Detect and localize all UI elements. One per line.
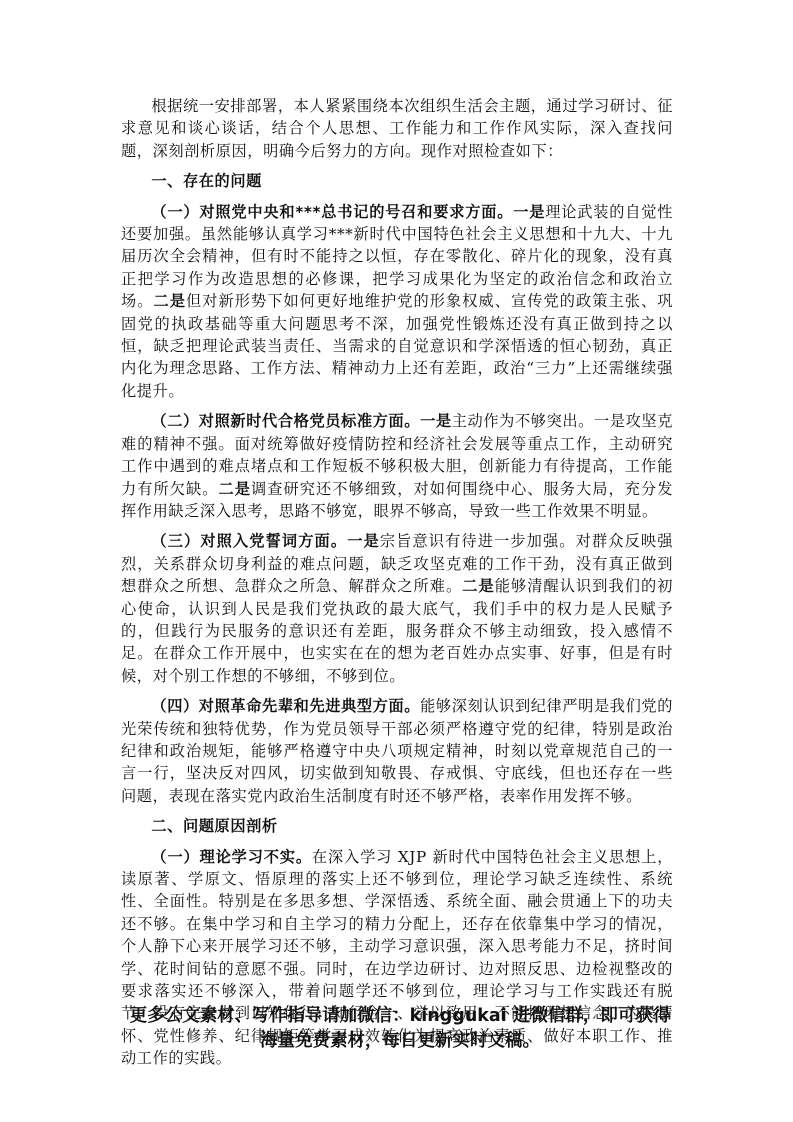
item-title: （一）理论学习不实。 <box>151 848 312 866</box>
section-heading-causes: 二、问题原因剖析 <box>121 815 673 837</box>
problem-item-1: （一）对照党中央和***总书记的号召和要求方面。一是理论武装的自觉性还要加强。虽… <box>121 201 673 403</box>
intro-text: 根据统一安排部署，本人紧紧围绕本次组织生活会主题，通过学习研讨、征求意见和谈心谈… <box>121 97 673 160</box>
problem-item-4: （四）对照革命先辈和先进典型方面。能够深刻认识到纪律严明是我们党的光荣传统和独特… <box>121 695 673 807</box>
item-title: （二）对照新时代合格党员标准方面。 <box>151 412 420 430</box>
item-title: （一）对照党中央和***总书记的号召和要求方面。 <box>151 203 513 221</box>
intro-paragraph: 根据统一安排部署，本人紧紧围绕本次组织生活会主题，通过学习研讨、征求意见和谈心谈… <box>121 95 673 162</box>
problem-item-3: （三）对照入党誓词方面。一是宗旨意识有待进一步加强。对群众反映强烈，关系群众切身… <box>121 530 673 687</box>
item-lead: 二是 <box>219 480 252 498</box>
section-heading-problems: 一、存在的问题 <box>121 170 673 192</box>
promo-line-1: 更多公文素材、写作指导请加微信：kinggukai 进微信群，即可获得 <box>100 1004 700 1029</box>
promo-line-2: 海量免费素材，每日更新实时文稿。 <box>100 1029 700 1054</box>
item-text: 但对新形势下如何更好地维护党的形象权威、宣传党的政策主张、巩固党的执政基础等重大… <box>121 292 673 400</box>
document-body: 根据统一安排部署，本人紧紧围绕本次组织生活会主题，通过学习研讨、征求意见和谈心谈… <box>121 95 673 1070</box>
item-lead: 二是 <box>154 292 187 310</box>
item-lead: 二是 <box>462 577 495 595</box>
item-title: （四）对照革命先辈和先进典型方面。 <box>151 697 420 715</box>
item-lead: 一是 <box>420 412 452 430</box>
item-lead: 一是 <box>347 532 380 550</box>
item-lead: 一是 <box>513 203 545 221</box>
item-title: （三）对照入党誓词方面。 <box>151 532 347 550</box>
promo-footer: 更多公文素材、写作指导请加微信：kinggukai 进微信群，即可获得 海量免费… <box>100 1004 700 1054</box>
problem-item-2: （二）对照新时代合格党员标准方面。一是主动作为不够突出。一是攻坚克难的精神不强。… <box>121 410 673 522</box>
